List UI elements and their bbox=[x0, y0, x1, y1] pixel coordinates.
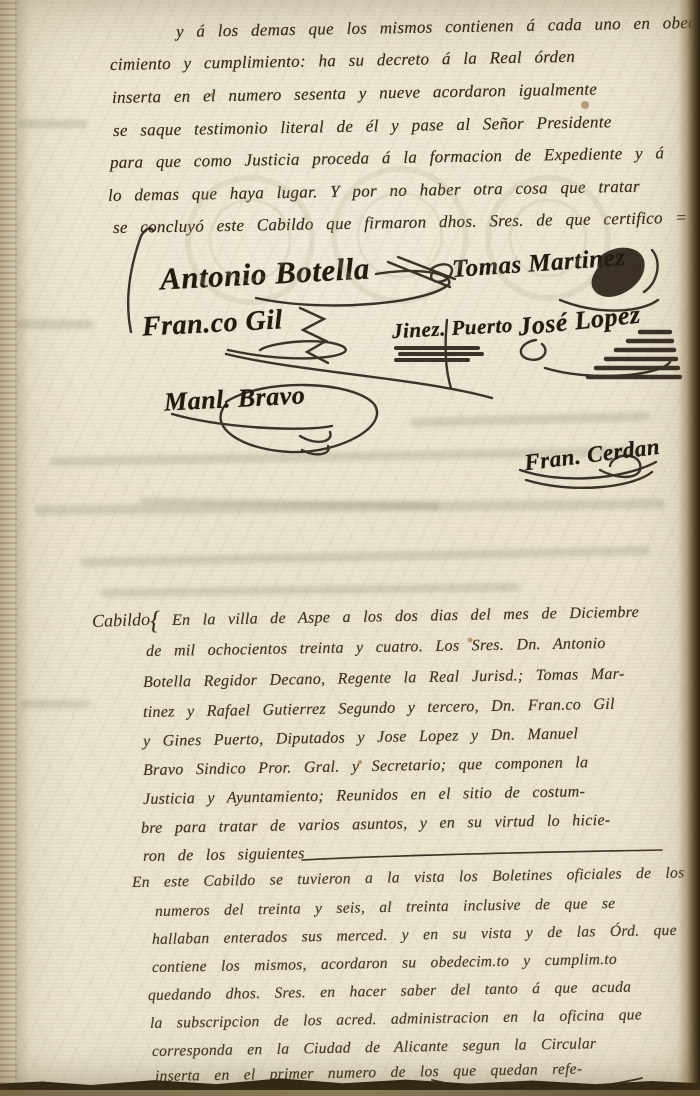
rubric-botella-zigzag bbox=[388, 257, 455, 287]
handwritten-line: contiene los mismos, acordaron su obedec… bbox=[152, 951, 617, 977]
handwritten-line: corresponda en la Ciudad de Alicante seg… bbox=[152, 1035, 597, 1061]
ghost-bleedthrough bbox=[100, 583, 520, 597]
handwritten-line: y Gines Puerto, Diputados y Jose Lopez y… bbox=[143, 725, 578, 751]
handwritten-line: inserta en el numero sesenta y nueve aco… bbox=[112, 80, 598, 108]
book-binding-edge bbox=[678, 0, 700, 1096]
signature-antonio-botella: Antonio Botella bbox=[159, 251, 371, 298]
margin-bracket: { bbox=[149, 606, 160, 636]
handwritten-line: la subscripcion de los acred. administra… bbox=[150, 1006, 642, 1033]
paper-left-edge-shade bbox=[15, 0, 29, 1096]
handwritten-line: tinez y Rafael Gutierrez Segundo y terce… bbox=[143, 696, 615, 722]
handwritten-line: y á los demas que los mismos contienen á… bbox=[176, 13, 700, 42]
ghost-bleedthrough bbox=[80, 546, 650, 567]
rubric-lopez-loop bbox=[521, 340, 670, 376]
handwritten-line: se saque testimonio literal de él y pase… bbox=[113, 112, 612, 141]
handwritten-line: quedando dhos. Sres. en hacer saber del … bbox=[148, 979, 632, 1005]
handwritten-line: lo demas que haya lugar. Y por no haber … bbox=[108, 177, 640, 206]
ghost-bleedthrough bbox=[20, 700, 90, 708]
signature-jinez-puerto: Jinez. Puerto bbox=[391, 313, 513, 344]
handwritten-line: cimiento y cumplimiento: ha su decreto á… bbox=[110, 47, 575, 75]
signature-tomas-martinez: Tomas Martinez bbox=[451, 244, 626, 284]
handwritten-line: Bravo Sindico Pror. Gral. y Secretario; … bbox=[143, 754, 589, 780]
signature-francisco-gil: Fran.co Gil bbox=[141, 304, 283, 343]
manuscript-page: y á los demas que los mismos contienen á… bbox=[0, 0, 700, 1096]
rubric-gil-zigzag bbox=[300, 308, 328, 363]
handwritten-line: ron de los siguientes bbox=[143, 845, 305, 866]
rubric-puerto-hatch bbox=[396, 348, 482, 360]
signature-fran-cerdan: Fran. Cerdan bbox=[523, 434, 662, 476]
handwritten-line: En la villa de Aspe a los dos dias del m… bbox=[172, 604, 639, 630]
handwritten-line: Botella Regidor Decano, Regente la Real … bbox=[143, 666, 625, 692]
handwritten-line: bre para tratar de varios asuntos, y en … bbox=[141, 812, 611, 838]
handwritten-line: para que como Justicia proceda á la form… bbox=[110, 143, 665, 173]
handwritten-line: se concluyó este Cabildo que firmaron dh… bbox=[113, 208, 687, 238]
ghost-bleedthrough bbox=[140, 497, 440, 509]
margin-note-cabildo: Cabildo bbox=[92, 609, 151, 632]
ghost-bleedthrough bbox=[35, 499, 665, 516]
bottom-underpage-edge bbox=[0, 1090, 700, 1096]
handwritten-line: Justicia y Ayuntamiento; Reunidos en el … bbox=[143, 783, 585, 809]
handwritten-line: numeros del treinta y seis, al treinta i… bbox=[155, 895, 616, 921]
signature-jose-lopez: José Lopez bbox=[517, 300, 642, 343]
handwritten-line: En este Cabildo se tuvieron a la vista l… bbox=[132, 864, 685, 892]
rubric-lopez-pyramid bbox=[588, 332, 680, 377]
handwritten-line: de mil ochocientos treinta y cuatro. Los… bbox=[146, 635, 606, 661]
handwritten-line: hallaban enterados sus merced. y en su v… bbox=[152, 922, 677, 949]
signature-manuel-bravo: Manl. Bravo bbox=[163, 380, 306, 417]
rubric-bravo-loops bbox=[172, 414, 332, 454]
ghost-bleedthrough bbox=[410, 412, 650, 427]
rule-after-siguientes bbox=[302, 850, 662, 860]
